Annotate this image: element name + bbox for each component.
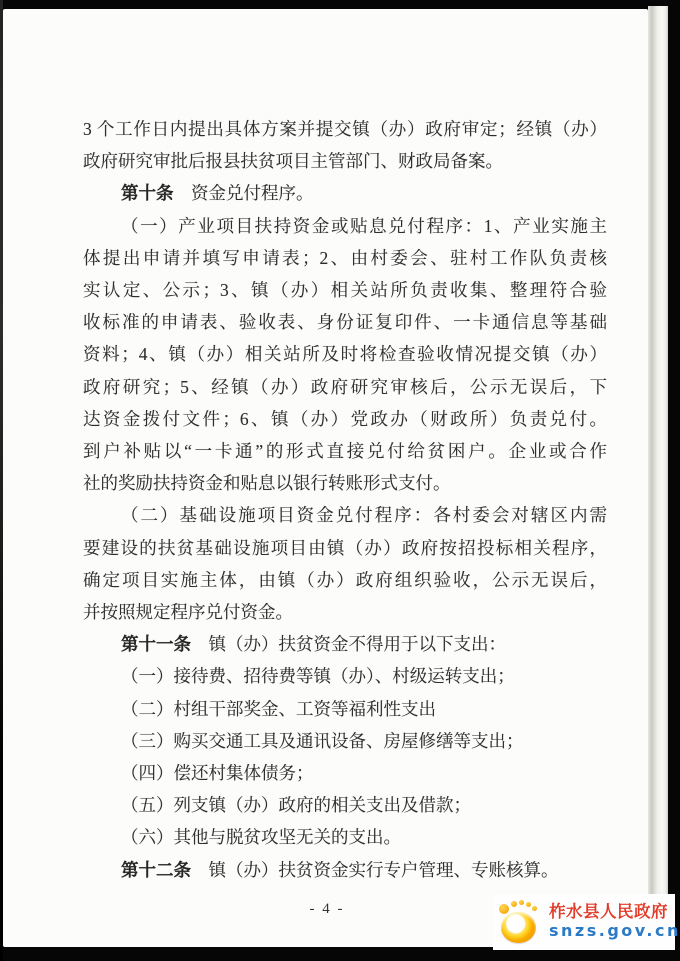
text-line: （一）接待费、招待费等镇（办）、村级运转支出； (83, 660, 607, 692)
text-line: 收标准的申请表、验收表、身份证复印件、一卡通信息等基础 (83, 306, 607, 338)
text-line: （二）村组干部奖金、工资等福利性支出 (83, 693, 607, 725)
text-line: 并按照规定程序兑付资金。 (83, 596, 607, 628)
article-heading-line: 第十一条 镇（办）扶贫资金不得用于以下支出： (83, 628, 607, 660)
government-org-name: 柞水县人民政府 (549, 903, 680, 922)
scan-page-stack-edge (648, 6, 668, 947)
document-body: 3 个工作日内提出具体方案并提交镇（办）政府审定；经镇（办）政府研究审批后报县扶… (83, 113, 607, 886)
text-line: （六）其他与脱贫攻坚无关的支出。 (83, 821, 607, 853)
text-line: 政府研究审批后报县扶贫项目主管部门、财政局备案。 (83, 145, 607, 177)
article-number: 第十条 (121, 183, 174, 203)
article-number: 第十二条 (121, 860, 191, 880)
text-line: （五）列支镇（办）政府的相关支出及借款； (83, 789, 607, 821)
text-line: 达资金拨付文件；6、镇（办）党政办（财政所）负责兑付。 (83, 403, 607, 435)
text-line: 3 个工作日内提出具体方案并提交镇（办）政府审定；经镇（办） (83, 113, 607, 145)
document-page: 3 个工作日内提出具体方案并提交镇（办）政府审定；经镇（办）政府研究审批后报县扶… (3, 9, 648, 947)
article-number: 第十一条 (121, 634, 191, 654)
government-website: snzs.gov.cn (549, 922, 680, 940)
text-line: （三）购买交通工具及通讯设备、房屋修缮等支出； (83, 725, 607, 757)
text-line: （二）基础设施项目资金兑付程序：各村委会对辖区内需 (83, 499, 607, 531)
government-watermark: 柞水县人民政府 snzs.gov.cn (493, 894, 675, 950)
text-line: （一）产业项目扶持资金或贴息兑付程序：1、产业实施主 (83, 210, 607, 242)
text-line: 体提出申请并填写申请表；2、由村委会、驻村工作队负责核 (83, 242, 607, 274)
text-line: 确定项目实施主体，由镇（办）政府组织验收，公示无误后， (83, 564, 607, 596)
text-line: 到户补贴以“一卡通”的形式直接兑付给贫困户。企业或合作 (83, 435, 607, 467)
footprint-icon (499, 900, 541, 944)
text-line: 实认定、公示；3、镇（办）相关站所负责收集、整理符合验 (83, 274, 607, 306)
text-line: 要建设的扶贫基础设施项目由镇（办）政府按招投标相关程序， (83, 532, 607, 564)
text-line: 社的奖励扶持资金和贴息以银行转账形式支付。 (83, 467, 607, 499)
text-line: 资料；4、镇（办）相关站所及时将检查验收情况提交镇（办） (83, 338, 607, 370)
article-heading-line: 第十二条 镇（办）扶贫资金实行专户管理、专账核算。 (83, 854, 607, 886)
text-line: 政府研究；5、经镇（办）政府研究审核后，公示无误后，下 (83, 371, 607, 403)
article-heading-line: 第十条 资金兑付程序。 (83, 177, 607, 209)
text-line: （四）偿还村集体债务； (83, 757, 607, 789)
